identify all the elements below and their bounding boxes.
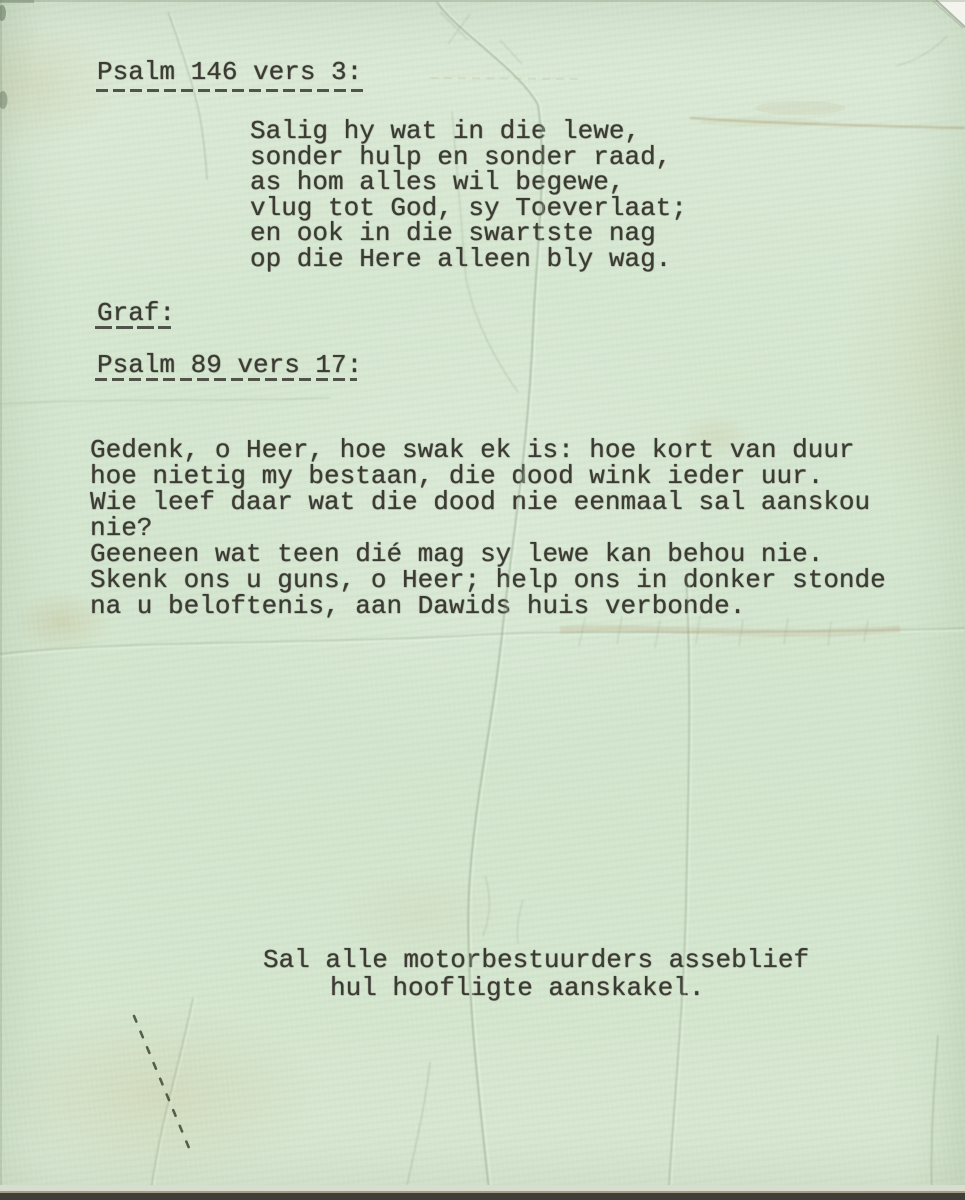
verse-line: nie? bbox=[90, 515, 886, 541]
verse-line: as hom alles wil begewe, bbox=[250, 170, 687, 196]
verse-line: Gedenk, o Heer, hoe swak ek is: hoe kort… bbox=[90, 437, 886, 463]
psalm-89-underline bbox=[95, 378, 357, 381]
verse-line: Salig hy wat in die lewe, bbox=[250, 119, 687, 145]
headlights-notice-line-1: Sal alle motorbestuurders asseblief bbox=[263, 945, 809, 975]
scanned-document-page: Psalm 146 vers 3: Salig hy wat in die le… bbox=[0, 0, 965, 1200]
verse-line: na u beloftenis, aan Dawids huis verbond… bbox=[90, 593, 886, 619]
corner-cut bbox=[933, 0, 965, 28]
verse-line: Wie leef daar wat die dood nie eenmaal s… bbox=[90, 489, 886, 515]
verse-line: op die Here alleen bly wag. bbox=[250, 247, 687, 273]
psalm-146-verse: Salig hy wat in die lewe, sonder hulp en… bbox=[250, 119, 687, 272]
verse-line: en ook in die swartste nag bbox=[250, 221, 687, 247]
scanner-bed-edge bbox=[0, 1185, 965, 1200]
verse-line: Skenk ons u guns, o Heer; help ons in do… bbox=[90, 567, 886, 593]
psalm-146-heading: Psalm 146 vers 3: bbox=[97, 57, 362, 87]
psalm-146-underline bbox=[96, 89, 364, 92]
graf-heading: Graf: bbox=[97, 298, 175, 328]
verse-line: hoe nietig my bestaan, die dood wink ied… bbox=[90, 463, 886, 489]
graf-underline bbox=[95, 326, 171, 329]
verse-line: Geeneen wat teen dié mag sy lewe kan beh… bbox=[90, 541, 886, 567]
headlights-notice-line-2: hul hoofligte aanskakel. bbox=[330, 973, 704, 1003]
psalm-89-heading: Psalm 89 vers 17: bbox=[97, 350, 362, 380]
psalm-89-verse: Gedenk, o Heer, hoe swak ek is: hoe kort… bbox=[90, 437, 886, 619]
ink-scratch-mark bbox=[134, 1016, 189, 1148]
